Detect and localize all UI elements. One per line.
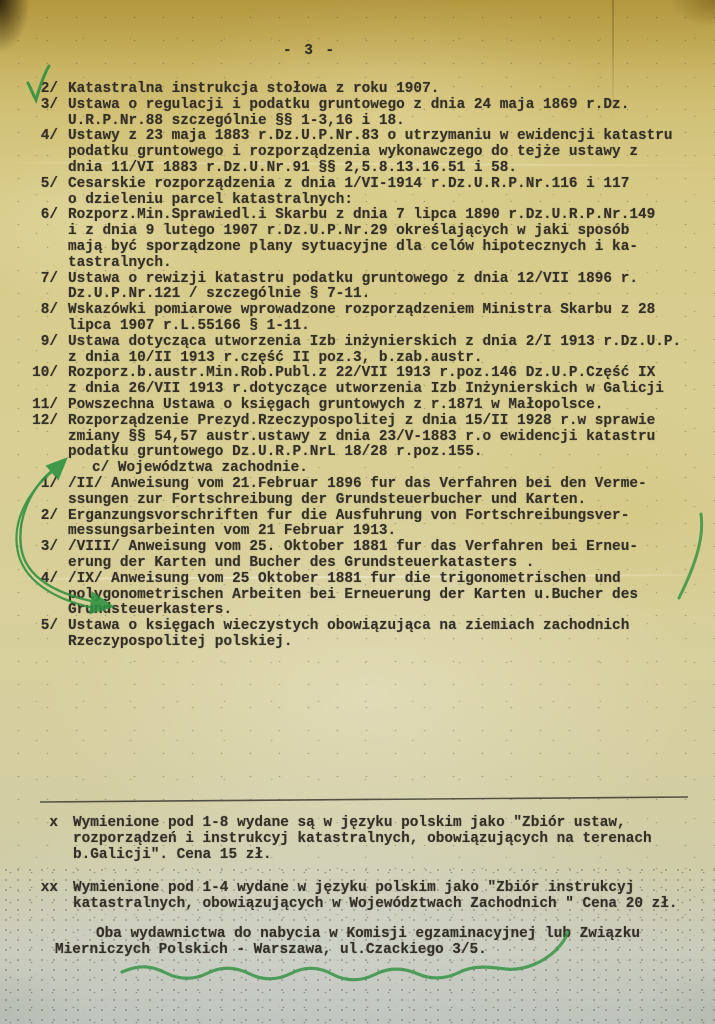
item-number: 7/ (41, 272, 58, 288)
page-number: - 3 - (283, 44, 336, 60)
list-item: 11/ Powszechna Ustawa o księgach gruntow… (68, 398, 715, 414)
list-item: 12/ Rozporządzenie Prezyd.Rzeczypospolit… (68, 414, 715, 461)
scanned-document-page: - 3 - 2/ Katastralna instrukcja stołowa … (0, 0, 715, 1024)
text-line: tastralnych. (68, 256, 715, 272)
list-item: 10/ Rozporz.b.austr.Min.Rob.Publ.z 22/VI… (68, 366, 715, 398)
list-item: 1/ /II/ Anweisung vom 21.Februar 1896 fu… (68, 477, 715, 509)
text-line: rozporządzeń i instrukcyj katastralnych,… (73, 832, 715, 848)
text-line: Wymienione pod 1-8 wydane są w języku po… (73, 816, 715, 832)
text-line: Dz.U.P.Nr.121 / szczególnie § 7-11. (68, 287, 715, 303)
item-number: 2/ (41, 82, 58, 98)
list-item: 4/ /IX/ Anweisung vom 25 Oktober 1881 fu… (68, 572, 715, 619)
item-number: 6/ (41, 208, 58, 224)
text-line: zmiany §§ 54,57 austr.ustawy z dnia 23/V… (68, 430, 715, 446)
text-line: /VIII/ Anweisung vom 25. Oktober 1881 fu… (68, 540, 715, 556)
item-number: 12/ (32, 414, 58, 430)
list-item: 9/ Ustawa dotycząca utworzenia Izb inżyn… (68, 335, 715, 367)
text-line: ssungen zur Fortschreibung der Grundsteu… (68, 493, 715, 509)
list-item: 4/ Ustawy z 23 maja 1883 r.Dz.U.P.Nr.83 … (68, 129, 715, 176)
item-number: 2/ (41, 509, 58, 525)
text-line: o dzieleniu parcel katastralnych: (68, 193, 715, 209)
text-line: podatku gruntowego i rozporządzenia wyko… (68, 145, 715, 161)
text-line: Ustawa o regulacji i podatku gruntowego … (68, 98, 715, 114)
list-item: 5/ Cesarskie rozporządzenia z dnia 1/VI-… (68, 177, 715, 209)
text-line: /IX/ Anweisung vom 25 Oktober 1881 fur d… (68, 572, 715, 588)
text-line: z dnia 10/II 1913 r.część II poz.3, b.za… (68, 351, 715, 367)
item-number: 4/ (41, 572, 58, 588)
item-number: 8/ (41, 303, 58, 319)
text-line: Powszechna Ustawa o księgach gruntowych … (68, 398, 715, 414)
typed-divider-line (40, 797, 688, 802)
list-item: 2/ Katastralna instrukcja stołowa z roku… (68, 82, 715, 98)
text-line: erung der Karten und Bucher des Grundste… (68, 556, 715, 572)
text-line: messungsarbeinten vom 21 Februar 1913. (68, 524, 715, 540)
section-heading: c/ Województwa zachodnie. (92, 461, 715, 477)
text-line: Oba wydawnictwa do nabycia w Komisji egz… (55, 927, 715, 943)
text-line: Mierniczych Polskich - Warszawa, ul.Czac… (55, 943, 715, 959)
text-line: lipca 1907 r.L.55166 § 1-11. (68, 319, 715, 335)
text-line: Ustawa o rewizji katastru podatku grunto… (68, 272, 715, 288)
text-line: Rozporz.Min.Sprawiedl.i Skarbu z dnia 7 … (68, 208, 715, 224)
text-line: Rzeczypospolitej polskiej. (68, 635, 715, 651)
text-line: b.Galicji". Cena 15 zł. (73, 848, 715, 864)
text-line: Grundsteuerkasters. (68, 603, 715, 619)
text-line: Ustawa o księgach wieczystych obowiązują… (68, 619, 715, 635)
list-item: 6/ Rozporz.Min.Sprawiedl.i Skarbu z dnia… (68, 208, 715, 271)
item-number: 1/ (41, 477, 58, 493)
footnote: xx Wymienione pod 1-4 wydane w języku po… (73, 881, 715, 913)
text-line: polygonometrischen Arbeiten bei Erneueru… (68, 588, 715, 604)
text-line: podatku gruntowego Dz.U.R.P.NrL 18/28 r.… (68, 445, 715, 461)
text-line: Erganzungsvorschriften fur die Ausfuhrun… (68, 509, 715, 525)
text-line: Ustawa dotycząca utworzenia Izb inżynier… (68, 335, 715, 351)
text-line: mają być sporządzone plany sytuacyjne dl… (68, 240, 715, 256)
item-number: 5/ (41, 619, 58, 635)
item-number: 3/ (41, 540, 58, 556)
footnote-mark: xx (41, 881, 58, 897)
text-line: /II/ Anweisung vom 21.Februar 1896 fur d… (68, 477, 715, 493)
list-item: 2/ Erganzungsvorschriften fur die Ausfuh… (68, 509, 715, 541)
item-number: 4/ (41, 129, 58, 145)
text-line: katastralnych, obowiązujących w Wojewódz… (73, 897, 715, 913)
item-number: 5/ (41, 177, 58, 193)
text-line: Cesarskie rozporządzenia z dnia 1/VI-191… (68, 177, 715, 193)
document-body: 2/ Katastralna instrukcja stołowa z roku… (0, 82, 715, 651)
text-line: Rozporz.b.austr.Min.Rob.Publ.z 22/VII 19… (68, 366, 715, 382)
list-item: 8/ Wskazówki pomiarowe wprowadzone rozpo… (68, 303, 715, 335)
item-number: 11/ (32, 398, 58, 414)
text-line: Wskazówki pomiarowe wprowadzone rozporzą… (68, 303, 715, 319)
list-item: 7/ Ustawa o rewizji katastru podatku gru… (68, 272, 715, 304)
text-line: Rozporządzenie Prezyd.Rzeczypospolitej z… (68, 414, 715, 430)
closing-paragraph: Oba wydawnictwa do nabycia w Komisji egz… (55, 927, 715, 959)
footnote-section: x Wymienione pod 1-8 wydane są w języku … (0, 816, 715, 959)
text-line: i z dnia 9 lutego 1907 r.Dz.U.P.Nr.29 ok… (68, 224, 715, 240)
text-line: Wymienione pod 1-4 wydane w języku polsk… (73, 881, 715, 897)
footnote: x Wymienione pod 1-8 wydane są w języku … (73, 816, 715, 863)
footnote-mark: x (49, 816, 58, 832)
item-number: 10/ (32, 366, 58, 382)
text-line: dnia 11/VI 1883 r.Dz.U.Nr.91 §§ 2,5.8.13… (68, 161, 715, 177)
text-line: Katastralna instrukcja stołowa z roku 19… (68, 82, 715, 98)
item-number: 9/ (41, 335, 58, 351)
list-item: 5/ Ustawa o księgach wieczystych obowiąz… (68, 619, 715, 651)
item-number: 3/ (41, 98, 58, 114)
list-item: 3/ Ustawa o regulacji i podatku gruntowe… (68, 98, 715, 130)
text-line: Ustawy z 23 maja 1883 r.Dz.U.P.Nr.83 o u… (68, 129, 715, 145)
list-item: 3/ /VIII/ Anweisung vom 25. Oktober 1881… (68, 540, 715, 572)
text-line: z dnia 26/VII 1913 r.dotyczące utworzeni… (68, 382, 715, 398)
